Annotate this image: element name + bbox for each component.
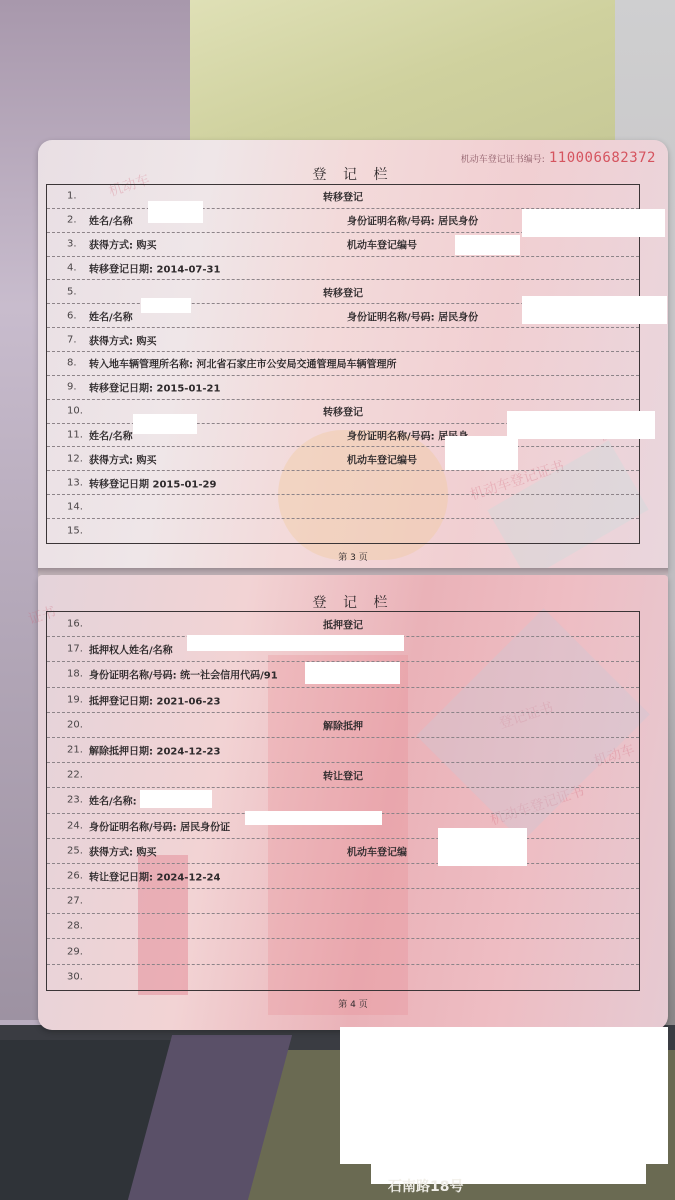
row-number: 14. — [67, 501, 83, 512]
redaction-box — [148, 201, 203, 223]
background-sign-text: 石南路18号 — [388, 1176, 463, 1196]
redaction-box — [305, 662, 400, 684]
row-field: 转移登记日期: 2015-01-21 — [89, 380, 220, 395]
row-field: 姓名/名称: — [89, 793, 137, 808]
row-field-right: 机动车登记编号 — [347, 451, 417, 466]
page-number: 第 3 页 — [38, 550, 668, 563]
redaction-box — [522, 296, 667, 324]
row-field: 转移登记日期 2015-01-29 — [89, 475, 216, 490]
table-row: 21.解除抵押日期: 2024-12-23 — [47, 738, 639, 763]
row-field: 姓名/名称 — [89, 428, 133, 443]
registration-page-3: 机动车 机动车 机动车登记证书 机动车登记证书编号:110006682372 登… — [38, 140, 668, 572]
section-heading: 抵押登记 — [47, 617, 639, 632]
table-row: 23.姓名/名称: — [47, 788, 639, 813]
redaction-box — [133, 414, 197, 434]
row-field: 抵押登记日期: 2021-06-23 — [89, 692, 220, 707]
row-number: 7. — [67, 334, 77, 345]
row-number: 19. — [67, 694, 83, 705]
row-number: 17. — [67, 644, 83, 655]
row-field: 获得方式: 购买 — [89, 451, 156, 466]
row-field: 转让登记日期: 2024-12-24 — [89, 868, 220, 883]
table-row: 20.解除抵押 — [47, 713, 639, 738]
table-row: 13.转移登记日期 2015-01-29 — [47, 471, 639, 495]
row-field: 身份证明名称/号码: 居民身份证 — [89, 818, 230, 833]
redaction-box — [438, 828, 527, 866]
row-number: 12. — [67, 453, 83, 464]
section-heading: 解除抵押 — [47, 717, 639, 732]
row-number: 24. — [67, 820, 83, 831]
section-heading: 转移登记 — [47, 189, 639, 204]
redaction-box — [522, 209, 665, 237]
redaction-box — [340, 1027, 668, 1164]
redaction-box — [245, 811, 382, 825]
row-field: 解除抵押日期: 2024-12-23 — [89, 743, 220, 758]
row-number: 21. — [67, 745, 83, 756]
registration-table: 1.转移登记2.姓名/名称身份证明名称/号码: 居民身份3.获得方式: 购买机动… — [46, 184, 640, 544]
row-field-right: 机动车登记编号 — [347, 237, 417, 252]
row-number: 23. — [67, 795, 83, 806]
page-title: 登 记 栏 — [38, 592, 668, 612]
row-number: 2. — [67, 215, 77, 226]
row-field: 获得方式: 购买 — [89, 843, 156, 858]
row-field-right: 机动车登记编 — [347, 843, 407, 858]
table-row: 16.抵押登记 — [47, 612, 639, 637]
row-number: 6. — [67, 310, 77, 321]
row-field: 姓名/名称 — [89, 308, 133, 323]
page-number: 第 4 页 — [38, 997, 668, 1010]
row-number: 18. — [67, 669, 83, 680]
row-number: 27. — [67, 896, 83, 907]
row-number: 28. — [67, 921, 83, 932]
table-row: 19.抵押登记日期: 2021-06-23 — [47, 688, 639, 713]
row-number: 29. — [67, 946, 83, 957]
page-title: 登 记 栏 — [38, 164, 668, 184]
redaction-box — [187, 635, 404, 651]
row-field-right: 身份证明名称/号码: 居民身份 — [347, 213, 478, 228]
row-field: 姓名/名称 — [89, 213, 133, 228]
redaction-box — [140, 790, 212, 808]
row-number: 13. — [67, 477, 83, 488]
row-number: 11. — [67, 430, 83, 441]
row-number: 9. — [67, 382, 77, 393]
table-row: 30. — [47, 965, 639, 990]
row-number: 8. — [67, 358, 77, 369]
redaction-box — [445, 436, 518, 470]
row-number: 26. — [67, 870, 83, 881]
section-heading: 转让登记 — [47, 768, 639, 783]
row-number: 4. — [67, 263, 77, 274]
table-row: 26.转让登记日期: 2024-12-24 — [47, 864, 639, 889]
table-row: 22.转让登记 — [47, 763, 639, 788]
table-row: 15. — [47, 519, 639, 543]
table-row: 27. — [47, 889, 639, 914]
row-field: 获得方式: 购买 — [89, 237, 156, 252]
row-number: 30. — [67, 972, 83, 983]
row-number: 15. — [67, 525, 83, 536]
redaction-box — [507, 411, 655, 439]
table-row: 25.获得方式: 购买机动车登记编 — [47, 839, 639, 864]
row-field: 身份证明名称/号码: 统一社会信用代码/91 — [89, 667, 278, 682]
row-field: 获得方式: 购买 — [89, 332, 156, 347]
table-row: 8.转入地车辆管理所名称: 河北省石家庄市公安局交通管理局车辆管理所 — [47, 352, 639, 376]
table-row: 1.转移登记 — [47, 185, 639, 209]
redaction-box — [141, 298, 191, 313]
table-row: 28. — [47, 914, 639, 939]
row-number: 25. — [67, 845, 83, 856]
table-row: 12.获得方式: 购买机动车登记编号 — [47, 447, 639, 471]
table-row: 14. — [47, 495, 639, 519]
table-row: 7.获得方式: 购买 — [47, 328, 639, 352]
row-field: 抵押权人姓名/名称 — [89, 642, 173, 657]
redaction-box — [455, 235, 520, 255]
table-row: 9.转移登记日期: 2015-01-21 — [47, 376, 639, 400]
row-field-right: 身份证明名称/号码: 居民身份 — [347, 308, 478, 323]
table-row: 29. — [47, 939, 639, 964]
row-number: 3. — [67, 239, 77, 250]
row-field: 转入地车辆管理所名称: 河北省石家庄市公安局交通管理局车辆管理所 — [89, 356, 396, 371]
row-field: 转移登记日期: 2014-07-31 — [89, 261, 220, 276]
table-row: 4.转移登记日期: 2014-07-31 — [47, 257, 639, 281]
